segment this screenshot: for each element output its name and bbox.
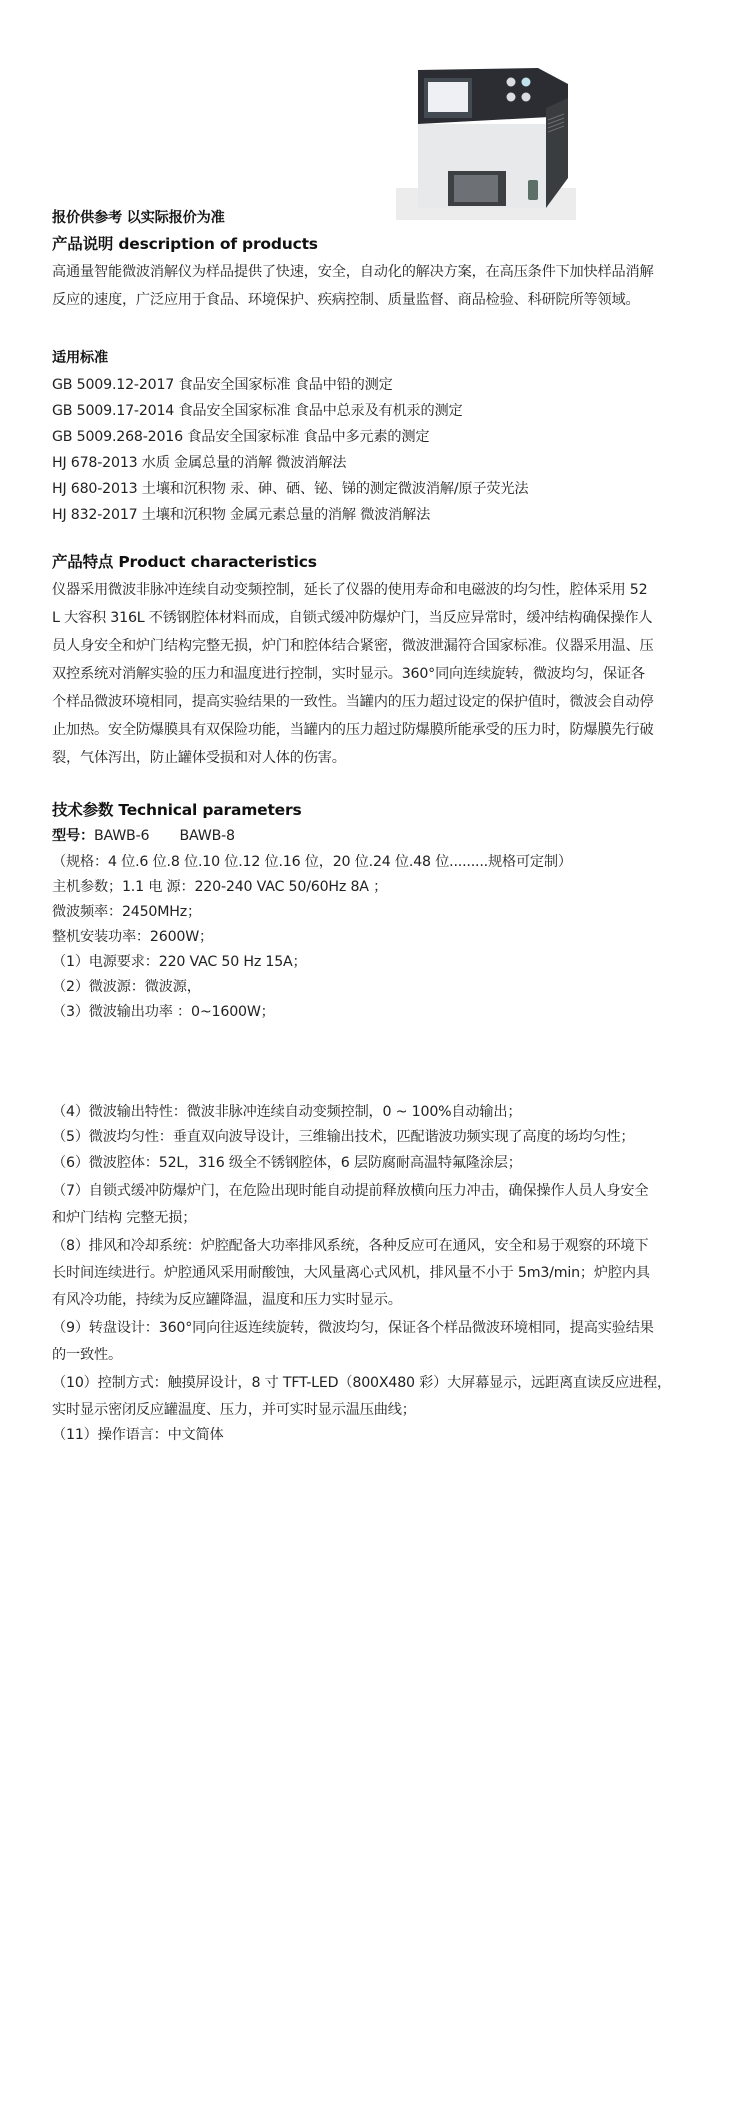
price-note: 报价供参考 以实际报价为准	[52, 208, 225, 228]
characteristics-line: 仪器采用微波非脉冲连续自动变频控制，延长了仪器的使用寿命和电磁波的均匀性，腔体采…	[52, 580, 647, 600]
standard-item: GB 5009.268-2016 食品安全国家标准 食品中多元素的测定	[52, 427, 429, 447]
characteristics-heading: 产品特点 Product characteristics	[52, 552, 317, 572]
description-line: 反应的速度，广泛应用于食品、环境保护、疾病控制、质量监督、商品检验、科研院所等领…	[52, 290, 639, 310]
tech-line: （4）微波输出特性：微波非脉冲连续自动变频控制，0 ~ 100%自动输出；	[52, 1102, 521, 1122]
product-photo	[398, 28, 568, 208]
tech-line: （7）自锁式缓冲防爆炉门，在危险出现时能自动提前释放横向压力冲击，确保操作人员人…	[52, 1181, 648, 1201]
model-row: 型号：BAWB-6 BAWB-8	[52, 826, 235, 846]
characteristics-line: 双控系统对消解实验的压力和温度进行控制，实时显示。360°同向连续旋转，微波均匀…	[52, 664, 645, 684]
tech-line: 长时间连续进行。炉腔通风采用耐酸蚀，大风量离心式风机，排风量不小于 5m3/mi…	[52, 1263, 650, 1283]
tech-line: （9）转盘设计：360°同向往返连续旋转，微波均匀，保证各个样品微波环境相同，提…	[52, 1318, 654, 1338]
standard-item: GB 5009.12-2017 食品安全国家标准 食品中铅的测定	[52, 375, 393, 395]
standard-item: HJ 832-2017 土壤和沉积物 金属元素总量的消解 微波消解法	[52, 505, 430, 525]
tech-line: 主机参数；1.1 电 源：220-240 VAC 50/60Hz 8A ；	[52, 877, 387, 897]
characteristics-line: 个样品微波环境相同，提高实验结果的一致性。当罐内的压力超过设定的保护值时，微波会…	[52, 692, 653, 712]
standard-item: HJ 680-2013 土壤和沉积物 汞、砷、硒、铋、锑的测定微波消解/原子荧光…	[52, 479, 528, 499]
tech-line: （11）操作语言：中文简体	[52, 1425, 224, 1445]
characteristics-line: L 大容积 316L 不锈钢腔体材料而成，自锁式缓冲防爆炉门，当反应异常时，缓冲…	[52, 608, 652, 628]
tech-line: （3）微波输出功率 ：0~1600W；	[52, 1002, 275, 1022]
description-line: 高通量智能微波消解仪为样品提供了快速，安全，自动化的解决方案，在高压条件下加快样…	[52, 262, 653, 282]
tech-line: 的一致性。	[52, 1345, 122, 1365]
model-label: 型号：	[52, 828, 94, 844]
characteristics-line: 止加热。安全防爆膜具有双保险功能，当罐内的压力超过防爆膜所能承受的压力时，防爆膜…	[52, 720, 653, 740]
technical-heading: 技术参数 Technical parameters	[52, 800, 301, 820]
tech-line: （10）控制方式：触摸屏设计，8 寸 TFT-LED（800X480 彩）大屏幕…	[52, 1373, 671, 1393]
tech-line: 微波频率：2450MHz；	[52, 902, 201, 922]
standard-item: HJ 678-2013 水质 金属总量的消解 微波消解法	[52, 453, 346, 473]
tech-line: （1）电源要求：220 VAC 50 Hz 15A；	[52, 952, 307, 972]
tech-line: （2）微波源：微波源，	[52, 977, 201, 997]
characteristics-line: 裂，气体泻出，防止罐体受损和对人体的伤害。	[52, 748, 346, 768]
tech-line: 有风冷功能，持续为反应罐降温，温度和压力实时显示。	[52, 1290, 402, 1310]
tech-line: （规格：4 位.6 位.8 位.10 位.12 位.16 位，20 位.24 位…	[52, 852, 572, 872]
tech-line: （6）微波腔体：52L，316 级全不锈钢腔体，6 层防腐耐高温特氟隆涂层；	[52, 1153, 522, 1173]
standard-item: GB 5009.17-2014 食品安全国家标准 食品中总汞及有机汞的测定	[52, 401, 463, 421]
tech-line: 实时显示密闭反应罐温度、压力，并可实时显示温压曲线；	[52, 1400, 416, 1420]
tech-line: 和炉门结构 完整无损；	[52, 1208, 196, 1228]
characteristics-line: 员人身安全和炉门结构完整无损，炉门和腔体结合紧密，微波泄漏符合国家标准。仪器采用…	[52, 636, 653, 656]
tech-line: 整机安装功率：2600W；	[52, 927, 213, 947]
standards-heading: 适用标准	[52, 348, 108, 368]
tech-line: （8）排风和冷却系统：炉腔配备大功率排风系统，各种反应可在通风，安全和易于观察的…	[52, 1236, 648, 1256]
description-heading: 产品说明 description of products	[52, 234, 318, 254]
tech-line: （5）微波均匀性：垂直双向波导设计，三维输出技术，匹配谐波功频实现了高度的场均匀…	[52, 1127, 634, 1147]
model-values: BAWB-6 BAWB-8	[94, 828, 235, 844]
